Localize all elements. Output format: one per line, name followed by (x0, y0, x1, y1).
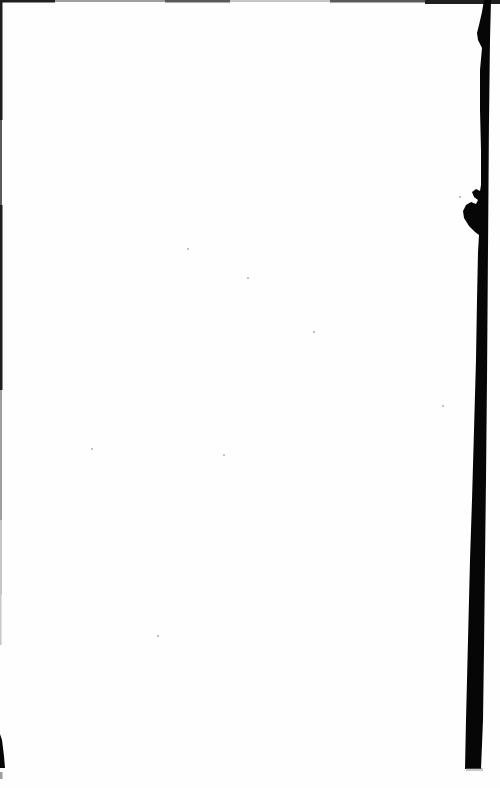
scan-corner-wedge (0, 734, 5, 768)
scan-border-top-segment (330, 0, 425, 3)
scan-border-left-segment (0, 0, 3, 120)
scan-corner-wedge-fringe (0, 772, 3, 779)
scanned-blank-page (0, 0, 500, 788)
scan-border-left-segment (0, 520, 2, 595)
scan-border-left-segment (0, 390, 2, 520)
scan-border-left-segment (0, 595, 2, 645)
scan-gutter-bar (463, 0, 491, 769)
scan-border-top-segment (55, 0, 165, 2)
scan-border-left-segment (0, 205, 3, 390)
scan-border-left-segment (0, 120, 2, 205)
scan-border-top-segment (165, 0, 230, 3)
scan-gutter-bar-fringe (466, 768, 483, 771)
scan-border-top-segment (0, 0, 55, 3)
scan-border-top-segment (230, 0, 330, 2)
scan-artifact-layer (0, 0, 500, 788)
